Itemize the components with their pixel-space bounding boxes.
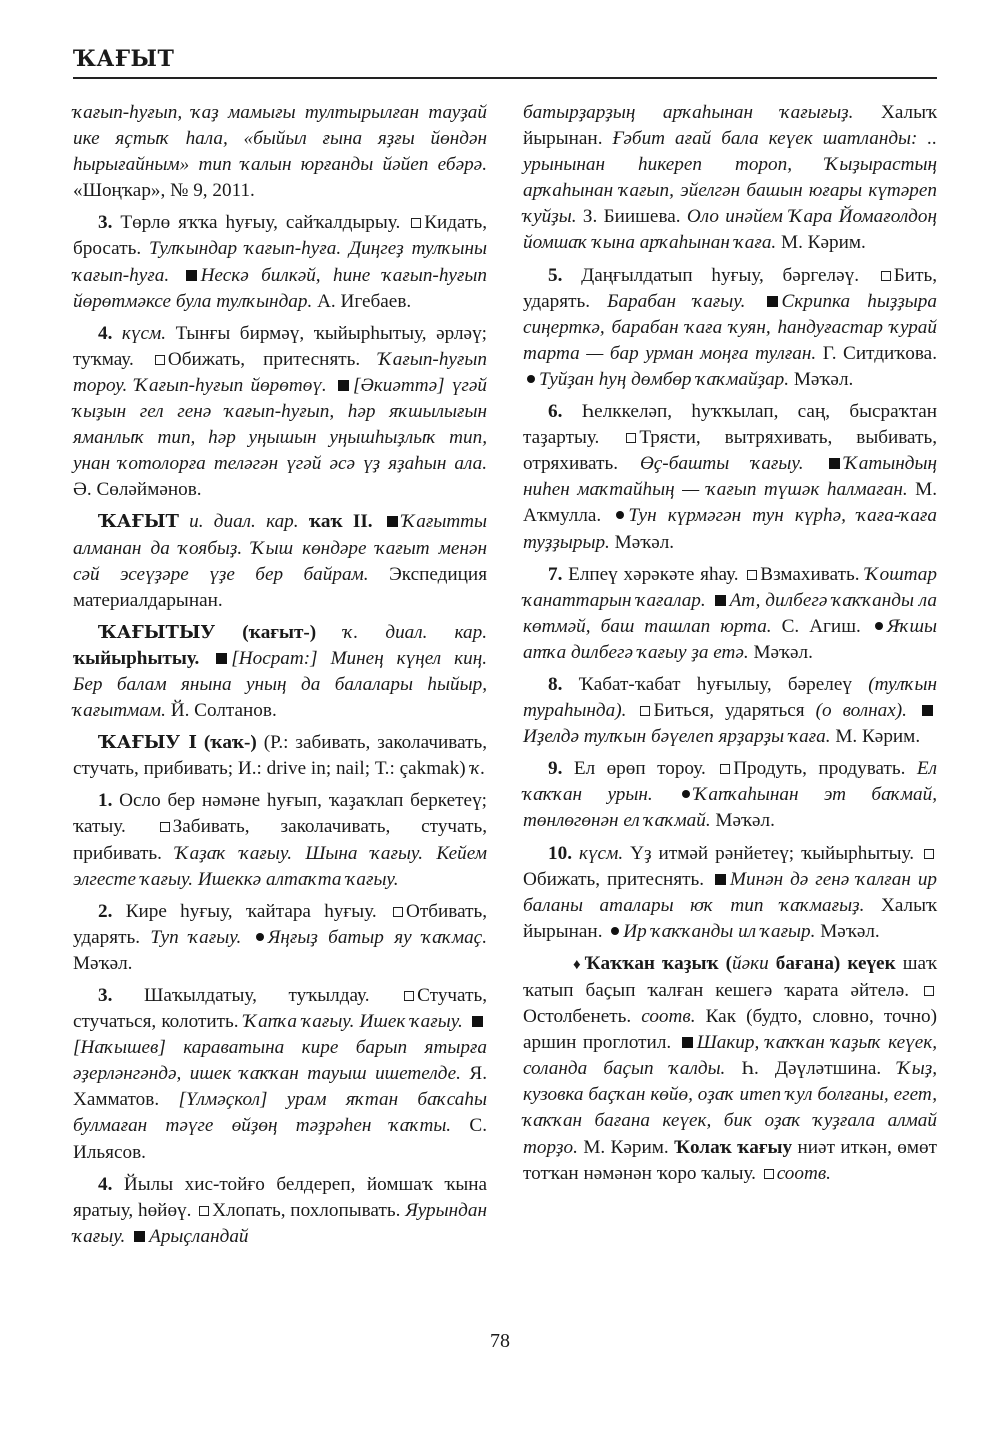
usage-label: ҡ. bbox=[470, 758, 485, 779]
usage-label: күсм. bbox=[579, 843, 623, 864]
source: Мәҡәл. bbox=[794, 369, 853, 390]
citation-marker-icon bbox=[922, 705, 933, 716]
source: Й. Солтанов. bbox=[171, 700, 277, 721]
russian-translation-marker-icon bbox=[155, 355, 165, 365]
sense-number: 3. bbox=[98, 985, 112, 1006]
russian-translation-marker-icon bbox=[199, 1206, 209, 1216]
example-text: Туп ҡағыу. bbox=[150, 927, 241, 948]
sense-1: 1. Осло бер нәмәне һуғып, ҡаҙаҡлап берке… bbox=[73, 788, 487, 892]
entry-kagyu-1: ҠАҒЫУ I (ҡаҡ-) (Р.: забивать, заколачива… bbox=[73, 730, 487, 782]
sense-number: 9. bbox=[548, 758, 562, 779]
sense-number: 1. bbox=[98, 790, 112, 811]
definition: Кире һуғыу, ҡайтара һуғыу. bbox=[126, 901, 377, 922]
usage-label: соотв. bbox=[777, 1163, 831, 1184]
russian-translation: Биться, ударяться bbox=[653, 700, 804, 721]
source: Мәҡәл. bbox=[715, 810, 774, 831]
usage-note: (о волнах). bbox=[816, 700, 907, 721]
russian-translation-marker-icon bbox=[626, 433, 636, 443]
idiom-or: йәки bbox=[732, 953, 769, 974]
sense-number: 3. bbox=[98, 212, 112, 233]
entry-kagytyu: ҠАҒЫТЫУ (ҡағыт-) ҡ. диал. кар. ҡыйырһыты… bbox=[73, 620, 487, 724]
source: З. Биишева. bbox=[583, 206, 681, 227]
source: Мәҡәл. bbox=[73, 953, 132, 974]
proverb-text: Ир ҡаҡҡанды ил ҡағыр. bbox=[623, 921, 815, 942]
cross-reference: ҡаҡ II. bbox=[309, 511, 373, 532]
example-text: Барабан ҡағыу. bbox=[607, 291, 745, 312]
citation-marker-icon bbox=[682, 1037, 693, 1048]
header-rule bbox=[73, 77, 937, 79]
source: Һ. Дәүләтшина. bbox=[742, 1058, 882, 1079]
proverb-marker-icon bbox=[682, 790, 690, 798]
source: М. Кәрим. bbox=[781, 232, 866, 253]
example-text: Өҫ-башты ҡағыу. bbox=[640, 453, 804, 474]
sense-number: 2. bbox=[98, 901, 112, 922]
sense-6: 6. Һелккеләп, һуҡҡылап, саң, бысраҡтан т… bbox=[523, 399, 937, 556]
citation-text: Арыҫландай bbox=[149, 1226, 248, 1247]
citation-marker-icon bbox=[767, 296, 778, 307]
proverb-marker-icon bbox=[611, 927, 619, 935]
russian-translation: Хлопать, похлопывать. bbox=[212, 1200, 400, 1221]
usage-label: соотв. bbox=[641, 1006, 695, 1027]
sense-7: 7. Елпеү хәрәкәте яһау. Взмахивать. Ҡошт… bbox=[523, 562, 937, 666]
usage-label: күсм. bbox=[122, 323, 166, 344]
citation-marker-icon bbox=[134, 1231, 145, 1242]
definition: Шаҡылдатыу, туҡылдау. bbox=[144, 985, 369, 1006]
stem: (ҡаҡ-) bbox=[204, 732, 257, 753]
entry-continuation: ҡағып-һуғып, ҡаҙ мамығы тултырылған тауҙ… bbox=[73, 100, 487, 204]
right-column: батырҙарҙың арҡаһынан ҡағығыҙ. Халыҡ йыр… bbox=[523, 100, 937, 1187]
example-text: Ҡапҡа ҡағыу. Ишек ҡағыу. bbox=[244, 1011, 463, 1032]
headword: ҠАҒЫТ bbox=[98, 511, 179, 532]
definition: Ел өрөп тороу. bbox=[574, 758, 706, 779]
russian-translation-marker-icon bbox=[881, 271, 891, 281]
sense-number: 5. bbox=[548, 265, 562, 286]
definition: Үҙ итмәй рәнйетеү; ҡыйырһытыу. bbox=[630, 843, 914, 864]
citation-marker-icon bbox=[338, 380, 349, 391]
definition: Төрлө яҡҡа һуғыу, сайҡалдырыу. bbox=[120, 212, 400, 233]
source: Г. Ситдиҡова. bbox=[823, 343, 937, 364]
citation-text: Иҙелдә тулҡын бәүелеп ярҙарҙы ҡаға. bbox=[523, 726, 831, 747]
russian-translation: Остолбенеть. bbox=[523, 1006, 631, 1027]
proverb-text: Яңғыҙ батыр яу ҡаҡмаҫ. bbox=[268, 927, 487, 948]
sense-8: 8. Ҡабат-ҡабат һуғылыу, бәрелеү (тулҡын … bbox=[523, 672, 937, 750]
idiom-phrase: Ҡаҡҡан ҡаҙыҡ ( bbox=[585, 953, 732, 974]
proverb-marker-icon bbox=[875, 622, 883, 630]
sense-number: 6. bbox=[548, 401, 562, 422]
idiom-block: ♦Ҡаҡҡан ҡаҙыҡ (йәки бағана) кеүек шаҡ ҡа… bbox=[523, 951, 937, 1187]
citation-marker-icon bbox=[715, 595, 726, 606]
citation-marker-icon bbox=[216, 653, 227, 664]
russian-translation: Взмахивать. bbox=[760, 564, 859, 585]
left-column: ҡағып-һуғып, ҡаҙ мамығы тултырылған тауҙ… bbox=[73, 100, 487, 1250]
sense-3b: 3. Шаҡылдатыу, туҡылдау. Стучать, стучат… bbox=[73, 983, 487, 1166]
sense-2: 2. Кире һуғыу, ҡайтара һуғыу. Отбивать, … bbox=[73, 899, 487, 977]
russian-translation-marker-icon bbox=[160, 822, 170, 832]
sense-number: 4. bbox=[98, 323, 112, 344]
example-text: ҡағып-һуғып, ҡаҙ мамығы тултырылған тауҙ… bbox=[73, 102, 487, 175]
definition: Елпеү хәрәкәте яһау. bbox=[568, 564, 738, 585]
russian-translation-marker-icon bbox=[640, 706, 650, 716]
citation-marker-icon bbox=[186, 270, 197, 281]
usage-label: ҡ. диал. кар. bbox=[343, 622, 487, 643]
proverb-marker-icon bbox=[616, 511, 624, 519]
citation-marker-icon bbox=[387, 516, 398, 527]
headword: ҠАҒЫТЫУ bbox=[98, 622, 215, 643]
page-number: 78 bbox=[0, 1330, 1000, 1353]
sense-number: 7. bbox=[548, 564, 562, 585]
russian-translation-marker-icon bbox=[720, 764, 730, 774]
russian-translation-marker-icon bbox=[764, 1169, 774, 1179]
russian-translation-marker-icon bbox=[924, 849, 934, 859]
sense-3: 3. Төрлө яҡҡа һуғыу, сайҡалдырыу. Кидать… bbox=[73, 210, 487, 314]
source: Мәҡәл. bbox=[753, 642, 812, 663]
source: С. Агиш. bbox=[782, 616, 861, 637]
russian-translation-marker-icon bbox=[404, 991, 414, 1001]
cross-reference: ҡыйырһытыу. bbox=[73, 648, 199, 669]
source: Мәҡәл. bbox=[615, 532, 674, 553]
russian-translation-marker-icon bbox=[924, 986, 934, 996]
source: «Шоңҡар», № 9, 2011. bbox=[73, 180, 255, 201]
source: Мәҡәл. bbox=[820, 921, 879, 942]
russian-translation-marker-icon bbox=[411, 218, 421, 228]
source: М. Кәрим. bbox=[835, 726, 920, 747]
source: А. Игебаев. bbox=[317, 291, 411, 312]
citation-marker-icon bbox=[829, 458, 840, 469]
stem: (ҡағыт-) bbox=[242, 622, 316, 643]
source: Ә. Сөләймәнов. bbox=[73, 479, 202, 500]
russian-translation: Продуть, продувать. bbox=[733, 758, 905, 779]
entry-continuation: батырҙарҙың арҡаһынан ҡағығыҙ. Халыҡ йыр… bbox=[523, 100, 937, 257]
citation-text: батырҙарҙың арҡаһынан ҡағығыҙ. bbox=[523, 102, 853, 123]
russian-translation: Обижать, притеснять. bbox=[523, 869, 704, 890]
citation-marker-icon bbox=[715, 874, 726, 885]
idiom-phrase: Ҡолаҡ ҡағыу bbox=[674, 1137, 792, 1158]
idiom-phrase: бағана) кеүек bbox=[776, 953, 896, 974]
definition: Даңғылдатып һуғыу, бәргеләү. bbox=[581, 265, 859, 286]
proverb-marker-icon bbox=[527, 375, 535, 383]
entry-kagyt: ҠАҒЫТ и. диал. кар. ҡаҡ II. Ҡағытты алма… bbox=[73, 509, 487, 613]
sense-number: 4. bbox=[98, 1174, 112, 1195]
sense-number: 10. bbox=[548, 843, 572, 864]
citation-marker-icon bbox=[472, 1016, 483, 1027]
usage-label: и. диал. кар. bbox=[189, 511, 298, 532]
headword: ҠАҒЫУ I bbox=[98, 732, 197, 753]
idiom-marker-icon: ♦ bbox=[548, 952, 581, 978]
sense-number: 8. bbox=[548, 674, 562, 695]
sense-4b: 4. Йылы хис-тойғо белдереп, йомшаҡ ҡына … bbox=[73, 1172, 487, 1250]
russian-translation-marker-icon bbox=[747, 570, 757, 580]
proverb-marker-icon bbox=[256, 933, 264, 941]
citation-text: [Наҡышев] караватына кире барып ятырға ә… bbox=[73, 1037, 487, 1084]
russian-translation: Обижать, притеснять. bbox=[168, 349, 360, 370]
sense-5: 5. Даңғылдатып һуғыу, бәргеләү. Бить, уд… bbox=[523, 263, 937, 393]
sense-9: 9. Ел өрөп тороу. Продуть, продувать. Ел… bbox=[523, 756, 937, 834]
source: М. Кәрим. bbox=[583, 1137, 668, 1158]
definition: Ҡабат-ҡабат һуғылыу, бәрелеү bbox=[579, 674, 852, 695]
running-header: ҠАҒЫТ bbox=[73, 46, 937, 72]
proverb-text: Туйҙан һуң дөмбөр ҡаҡмайҙар. bbox=[539, 369, 789, 390]
running-title: ҠАҒЫТ bbox=[73, 46, 937, 72]
sense-10: 10. күсм. Үҙ итмәй рәнйетеү; ҡыйырһытыу.… bbox=[523, 841, 937, 945]
sense-4: 4. күсм. Тынғы бирмәү, ҡыйырһытыу, әрләү… bbox=[73, 321, 487, 504]
russian-translation-marker-icon bbox=[393, 907, 403, 917]
